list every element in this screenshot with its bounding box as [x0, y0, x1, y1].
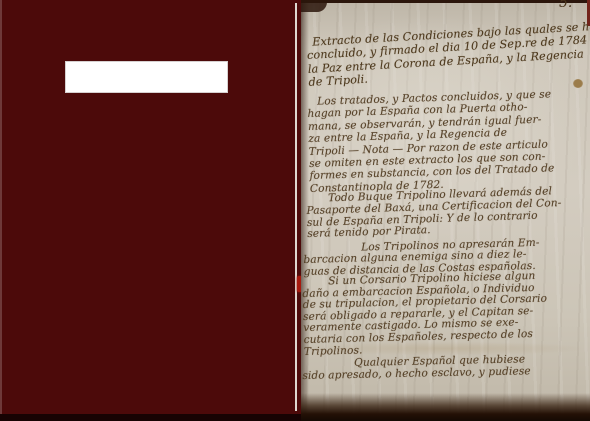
screenshot-stage: 5. Extracto de las Condiciones bajo las … — [0, 0, 590, 421]
folio-number: 5. — [559, 0, 572, 11]
redaction-box — [65, 61, 228, 93]
viewer-bottom-strip — [0, 414, 302, 421]
photo-top-edge-shadow — [301, 0, 590, 3]
viewer-background-panel — [0, 0, 302, 421]
manuscript-heading: Extracto de las Condiciones bajo las qua… — [306, 20, 590, 90]
left-edge-highlight — [0, 0, 2, 421]
manuscript-paragraph-5: Qualquier Español que hubiese sido apres… — [302, 353, 531, 382]
ink-stain-dot — [573, 79, 583, 88]
photo-bottom-edge-shadow — [301, 393, 590, 421]
manuscript-photo: 5. Extracto de las Condiciones bajo las … — [301, 0, 590, 421]
page-edge-divider-line — [295, 3, 297, 411]
manuscript-paragraph-2: Todo Buque Tripolino llevará además del … — [306, 186, 562, 241]
manuscript-paragraph-4: Si un Corsario Tripolino hiciese algun d… — [302, 271, 548, 359]
manuscript-paragraph-1: Los tratados, y Pactos concluidos, y que… — [307, 88, 555, 195]
